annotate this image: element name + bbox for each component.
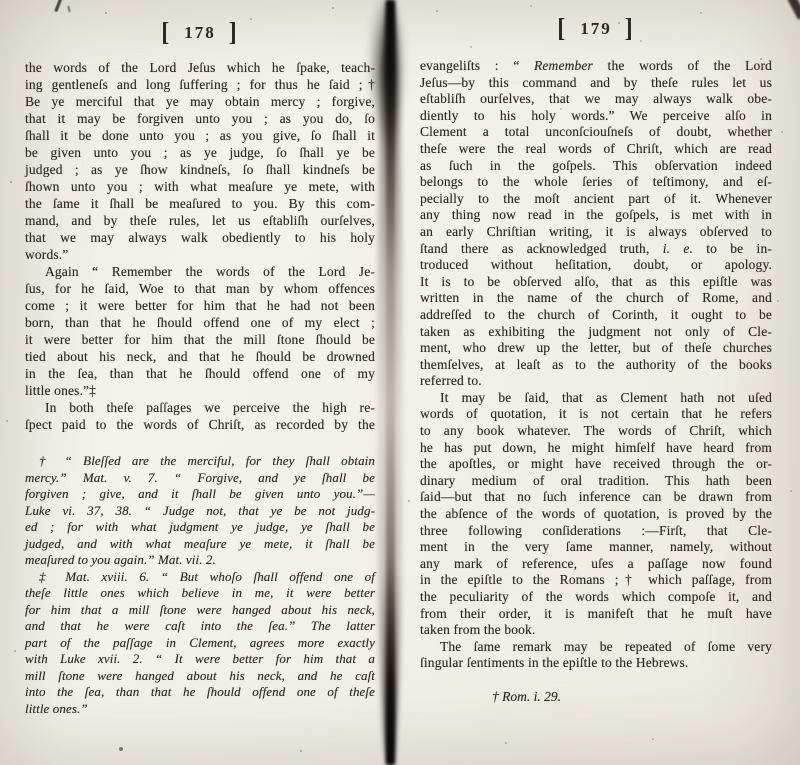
text-line: The ſame remark may be repeated of ſome …	[420, 639, 772, 656]
text-line: ment in the very ſame manner, namely, wi…	[420, 539, 772, 556]
paper-specks	[0, 0, 2, 2]
page-number: 179	[580, 19, 612, 39]
left-page: [ 178 ] the words of the Lord Jeſus whic…	[25, 18, 375, 717]
text-line: evangeliſts : “ Remember the words of th…	[420, 58, 772, 75]
text-line: from their order, it is manifeſt that he…	[420, 606, 772, 623]
text-line: forgiven ; give, and it ſhall be given u…	[25, 486, 375, 503]
text-line: judged, and with what meaſure ye mete, i…	[25, 536, 375, 553]
text-line: eſtabliſh ourſelves, that we may always …	[420, 91, 772, 108]
text-line: ſtand there as acknowledged truth, i. e.…	[420, 241, 772, 258]
page-header-179: [ 179 ]	[420, 14, 772, 44]
text-line: ſus, for he ſaid, Woe to that man by who…	[25, 281, 375, 298]
text-line: little ones.”	[25, 701, 375, 718]
text-line: Jeſus—by this command and by theſe rules…	[420, 75, 772, 92]
text-line: ed ; for with what judgment ye judge, ye…	[25, 519, 375, 536]
text-line: addreſſed to the church of Corinth, it o…	[420, 307, 772, 324]
text-line: the abſence of the words of quotation, i…	[420, 506, 772, 523]
text-line: words of quotation, it is not certain th…	[420, 406, 772, 423]
header-open-bracket: [	[557, 14, 567, 44]
scan-artifact	[67, 6, 70, 12]
text-line: Be ye merciful that ye may obtain mercy …	[25, 94, 375, 111]
text-line: that we may always walk obediently to hi…	[25, 230, 375, 247]
text-line: the peculiarity of the words which compo…	[420, 589, 772, 606]
text-line: mercy.” Mat. v. 7. “ Forgive, and ye ſha…	[25, 470, 375, 487]
text-line: ing gentleneſs and long ſuffering ; for …	[25, 77, 375, 94]
text-line: into the ſea, than that he ſhould offend…	[25, 684, 375, 701]
text-line: referred to.	[420, 373, 772, 390]
text-line: any mark of reference, uſes a paſſage no…	[420, 556, 772, 573]
text-line: theſe were the real words of Chriſt, whi…	[420, 141, 772, 158]
text-line: Again “ Remember the words of the Lord J…	[25, 264, 375, 281]
text-line: in the epiſtle to the Romans ;† which pa…	[420, 572, 772, 589]
text-line: mill ſtone were hanged about his neck, a…	[25, 668, 375, 685]
text-line: It is to be obſerved alſo, that as this …	[420, 274, 772, 291]
main-text-block: evangeliſts : “ Remember the words of th…	[420, 58, 772, 672]
header-open-bracket: [	[161, 18, 171, 48]
text-line: to any book whatever. The words of Chriſ…	[420, 423, 772, 440]
text-line: ſaid—but that no ſuch inference can be d…	[420, 489, 772, 506]
text-line: that it may be forgiven unto you ; as yo…	[25, 111, 375, 128]
text-line: ſhown unto you ; with what meaſure ye me…	[25, 179, 375, 196]
text-line: ſhall it be done unto you ; as you give,…	[25, 128, 375, 145]
text-line: dinary medium of oral tradition. This ha…	[420, 473, 772, 490]
text-line: taken as exhibiting the judgment not onl…	[420, 324, 772, 341]
footnote-reference: † Rom. i. 29.	[492, 689, 772, 705]
text-line: three following conſiderations :—Firſt, …	[420, 523, 772, 540]
text-line: the words of the Lord Jeſus which he ſpa…	[25, 60, 375, 77]
page-number: 178	[184, 23, 216, 43]
text-line: for him that a mill ſtone were hanged ab…	[25, 602, 375, 619]
header-close-bracket: ]	[625, 14, 635, 44]
text-line: ſpect paid to the words of Chriſt, as re…	[25, 417, 375, 434]
text-line: troduced without heſitation, doubt, or a…	[420, 257, 772, 274]
binding-gutter-shadow	[378, 0, 402, 765]
text-line: part of the paſſage in Clement, agrees m…	[25, 635, 375, 652]
text-line: mand, and by theſe rules, let us eſtabli…	[25, 213, 375, 230]
text-line: as ſuch in the goſpels. This obſervation…	[420, 158, 772, 175]
footnotes-block: † “ Bleſſed are the merciful, for they ſ…	[25, 453, 375, 717]
text-line: ſingular ſentiments in the epiſtle to th…	[420, 655, 772, 672]
text-line: judged ; as ye ſhow kindneſs, ſo ſhall k…	[25, 162, 375, 179]
text-line: pecially to the moſt ancient part of it.…	[420, 191, 772, 208]
binding-gutter-fold	[386, 0, 395, 765]
text-line: theſe little ones which believe in me, i…	[25, 585, 375, 602]
text-line: an early Chriſtian writing, it is always…	[420, 224, 772, 241]
page-header-178: [ 178 ]	[25, 18, 375, 48]
text-line: in the ſea, than that he ſhould offend o…	[25, 366, 375, 383]
text-line: ment, who drew up the letter, but of the…	[420, 340, 772, 357]
scan-artifact	[787, 0, 800, 20]
text-line: themſelves, at leaſt as to the authority…	[420, 357, 772, 374]
text-line: come ; it were better for him that he ha…	[25, 298, 375, 315]
text-line: any thing now read in the goſpels, is me…	[420, 207, 772, 224]
text-line: Clement a total unconſciouſneſs of doubt…	[420, 124, 772, 141]
text-line: † “ Bleſſed are the merciful, for they ſ…	[25, 453, 375, 470]
text-line: born, than that he ſhould offend one of …	[25, 315, 375, 332]
scan-artifact	[54, 0, 62, 12]
text-line: and that he were caſt into the ſea.” The…	[25, 618, 375, 635]
main-text-block: the words of the Lord Jeſus which he ſpa…	[25, 60, 375, 434]
text-line: diently to his holy words.” We perceive …	[420, 108, 772, 125]
text-line: ‡ Mat. xviii. 6. “ But whoſo ſhall offen…	[25, 569, 375, 586]
header-close-bracket: ]	[229, 18, 239, 48]
text-line: little ones.”‡	[25, 383, 375, 400]
text-line: be given unto you ; as ye judge, ſo ſhal…	[25, 145, 375, 162]
text-line: † Rom. i. 29.	[492, 689, 772, 705]
text-line: Luke vi. 37, 38. “ Judge not, that ye be…	[25, 503, 375, 520]
text-line: words.”	[25, 247, 375, 264]
text-line: meaſured to you again.” Mat. vii. 2.	[25, 552, 375, 569]
text-line: written in the name of the church of Rom…	[420, 290, 772, 307]
text-line: with Luke xvii. 2. “ It were better for …	[25, 651, 375, 668]
text-line: taken from the book.	[420, 622, 772, 639]
text-line: he has put down, he might himſelf have h…	[420, 440, 772, 457]
book-scan: [ 178 ] the words of the Lord Jeſus whic…	[0, 0, 800, 765]
text-line: the ſame it ſhall be meaſured to you. By…	[25, 196, 375, 213]
text-line: the apoſtles, or might have received thr…	[420, 456, 772, 473]
text-line: tied about his neck, and that he ſhould …	[25, 349, 375, 366]
text-line: belongs to the whole ſeries of teſtimony…	[420, 174, 772, 191]
right-page: [ 179 ] evangeliſts : “ Remember the wor…	[420, 14, 772, 705]
text-line: it were better for him that the mill ſto…	[25, 332, 375, 349]
text-line: In both theſe paſſages we perceive the h…	[25, 400, 375, 417]
text-line: It may be ſaid, that as Clement hath not…	[420, 390, 772, 407]
